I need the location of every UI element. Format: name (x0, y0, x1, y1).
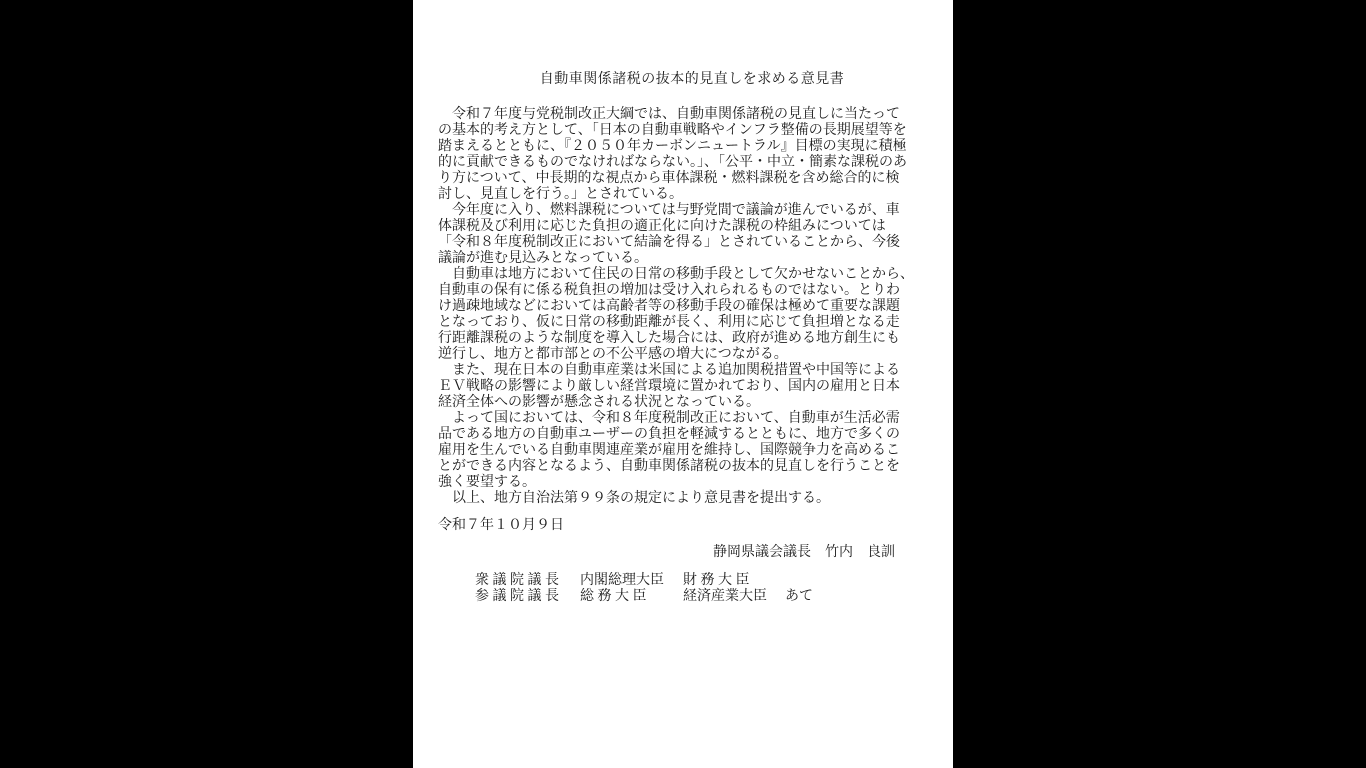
addressee-cell: あて (785, 589, 916, 605)
addressee-cell: 衆 議 院 議 長 (475, 573, 580, 589)
document-page: 自動車関係諸税の抜本的見直しを求める意見書 令和７年度与党税制改正大綱では、自動… (413, 0, 953, 768)
document-date: 令和７年１０月９日 (438, 518, 916, 534)
document-body-text: 令和７年度与党税制改正大綱では、自動車関係諸税の見直しに当たって の基本的考え方… (438, 107, 916, 507)
addressee-cell (785, 573, 916, 589)
signer-line: 静岡県議会議長 竹内 良訓 (438, 545, 916, 561)
document-title: 自動車関係諸税の抜本的見直しを求める意見書 (438, 71, 916, 88)
addressee-row: 衆 議 院 議 長 内閣総理大臣 財 務 大 臣 (475, 573, 916, 589)
addressee-cell: 経済産業大臣 (683, 589, 785, 605)
viewer-background: 自動車関係諸税の抜本的見直しを求める意見書 令和７年度与党税制改正大綱では、自動… (0, 0, 1366, 768)
addressee-block: 衆 議 院 議 長 内閣総理大臣 財 務 大 臣 参 議 院 議 長 総 務 大… (438, 573, 916, 605)
addressee-row: 参 議 院 議 長 総 務 大 臣 経済産業大臣 あて (475, 589, 916, 605)
addressee-cell: 財 務 大 臣 (683, 573, 785, 589)
addressee-cell: 参 議 院 議 長 (475, 589, 580, 605)
addressee-cell: 内閣総理大臣 (580, 573, 683, 589)
addressee-cell: 総 務 大 臣 (580, 589, 683, 605)
